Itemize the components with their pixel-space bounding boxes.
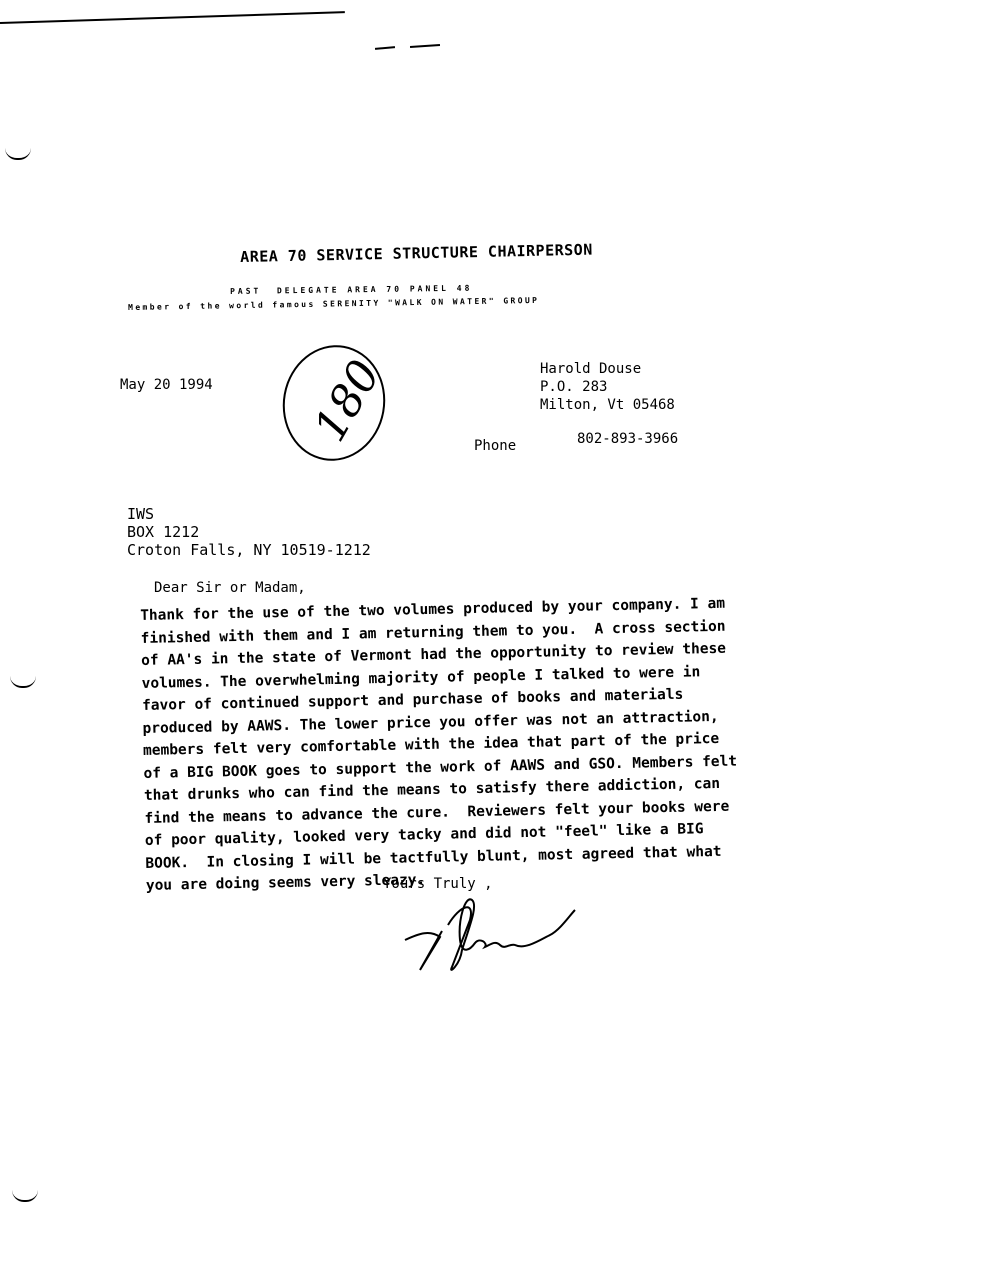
recipient-line: BOX 1212 xyxy=(127,523,371,541)
closing: Yours Truly , xyxy=(383,876,493,892)
letterhead-subtitle: PAST DELEGATE AREA 70 PANEL 48 xyxy=(230,284,472,296)
punch-hole-mark xyxy=(12,1190,38,1202)
punch-hole-mark xyxy=(5,148,31,160)
recipient-address: IWSBOX 1212Croton Falls, NY 10519-1212 xyxy=(127,505,371,559)
scan-artifact-smudge xyxy=(375,46,395,50)
phone-label: Phone xyxy=(474,438,516,454)
stamp-number: 180 xyxy=(304,352,390,450)
signature-icon xyxy=(400,895,600,975)
letterhead-title: AREA 70 SERVICE STRUCTURE CHAIRPERSON xyxy=(240,241,593,266)
recipient-line: Croton Falls, NY 10519-1212 xyxy=(127,541,371,559)
punch-hole-mark xyxy=(10,676,36,688)
letter-body: Thank for the use of the two volumes pro… xyxy=(140,593,740,898)
letterhead-subtitle: Member of the world famous SERENITY "WAL… xyxy=(128,296,539,312)
sender-name: Harold Douse xyxy=(540,360,675,378)
recipient-line: IWS xyxy=(127,505,371,523)
sender-address: Harold DouseP.O. 283Milton, Vt 05468 xyxy=(540,360,675,414)
sender-city: Milton, Vt 05468 xyxy=(540,396,675,414)
salutation: Dear Sir or Madam, xyxy=(154,580,306,596)
letter-date: May 20 1994 xyxy=(120,377,213,393)
scan-artifact-line xyxy=(0,11,345,24)
sender-po-box: P.O. 283 xyxy=(540,378,675,396)
circled-number-stamp: 180 xyxy=(274,337,395,469)
scan-artifact-smudge xyxy=(410,44,440,48)
phone-number: 802-893-3966 xyxy=(577,431,678,447)
